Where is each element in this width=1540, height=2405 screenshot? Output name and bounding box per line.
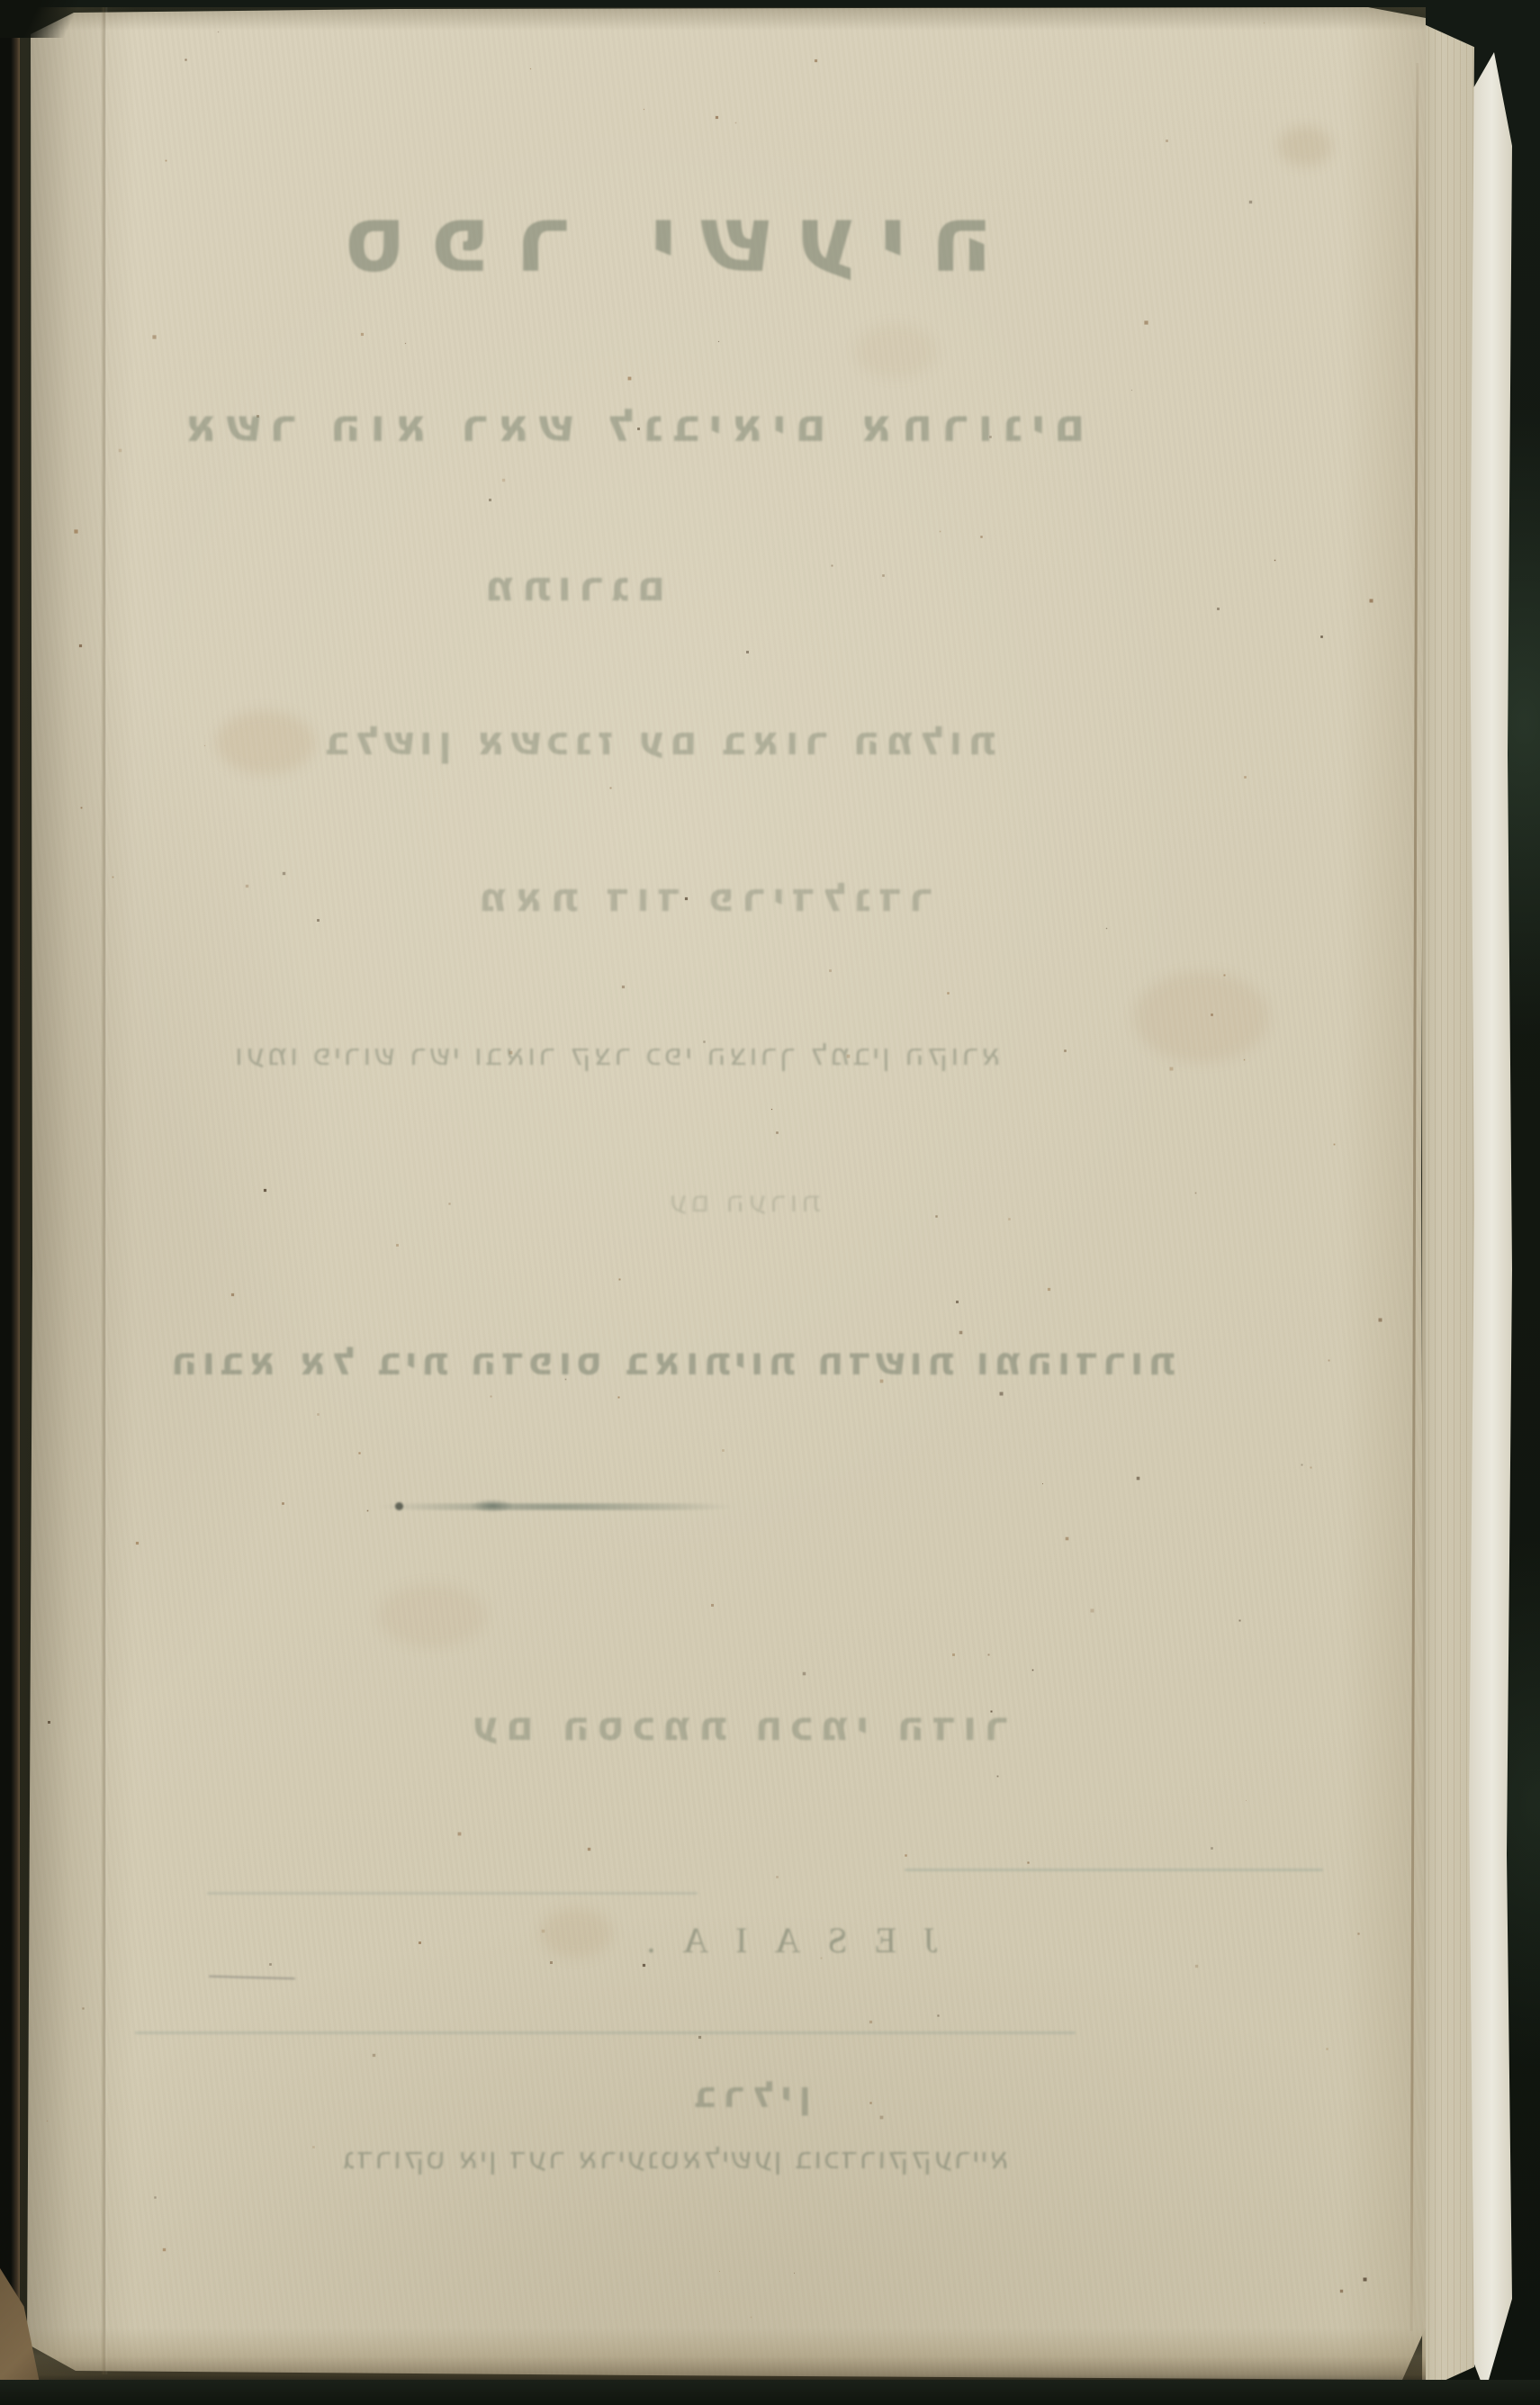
showthrough-text-layer: ספר ישעיהאשר הוא ראש לנביאים אחרוניםמתור… (0, 0, 1540, 2405)
place-showthrough: ברלין (641, 2076, 857, 2115)
line-showthrough: עם הסכמת חכמי הדור (439, 1704, 1033, 1749)
divider-ornament-showthrough (378, 1503, 734, 1510)
subtitle-showthrough: אשר הוא ראש לנביאים אחרונים (176, 401, 1049, 451)
line-showthrough: מתורגם (450, 563, 693, 609)
line-showthrough: עם הערות (621, 1186, 864, 1218)
line-showthrough: ועמו פירוש רשי ובאור קצר כפי הצורך למבין… (225, 1039, 1008, 1071)
ornament-dot (395, 1502, 403, 1510)
scanned-book-photo: { "scan": { "description": "Aged blank f… (0, 0, 1540, 2405)
rule-showthrough-full (135, 2031, 1076, 2034)
printer-line-showthrough: גדרוקט אין דער אריענטאלישען בוכדרוקקעריי… (171, 2142, 1179, 2175)
latin-imprint-showthrough: JESAIA. (504, 1921, 1053, 1960)
line-showthrough: הובא אל בית הדפוס באותיות חדשות ומהודרות (167, 1341, 995, 1383)
line-showthrough: בלשון אשכנז עם באור המלות (320, 720, 959, 763)
rule-showthrough-left (207, 1892, 698, 1895)
line-showthrough: מאת דוד פרידלנדר (446, 877, 959, 920)
ornament-knot (472, 1500, 513, 1512)
rule-showthrough-right (905, 1869, 1323, 1871)
pencil-dash (209, 1976, 295, 1980)
title-showthrough: ספר ישעיה (252, 189, 1062, 291)
